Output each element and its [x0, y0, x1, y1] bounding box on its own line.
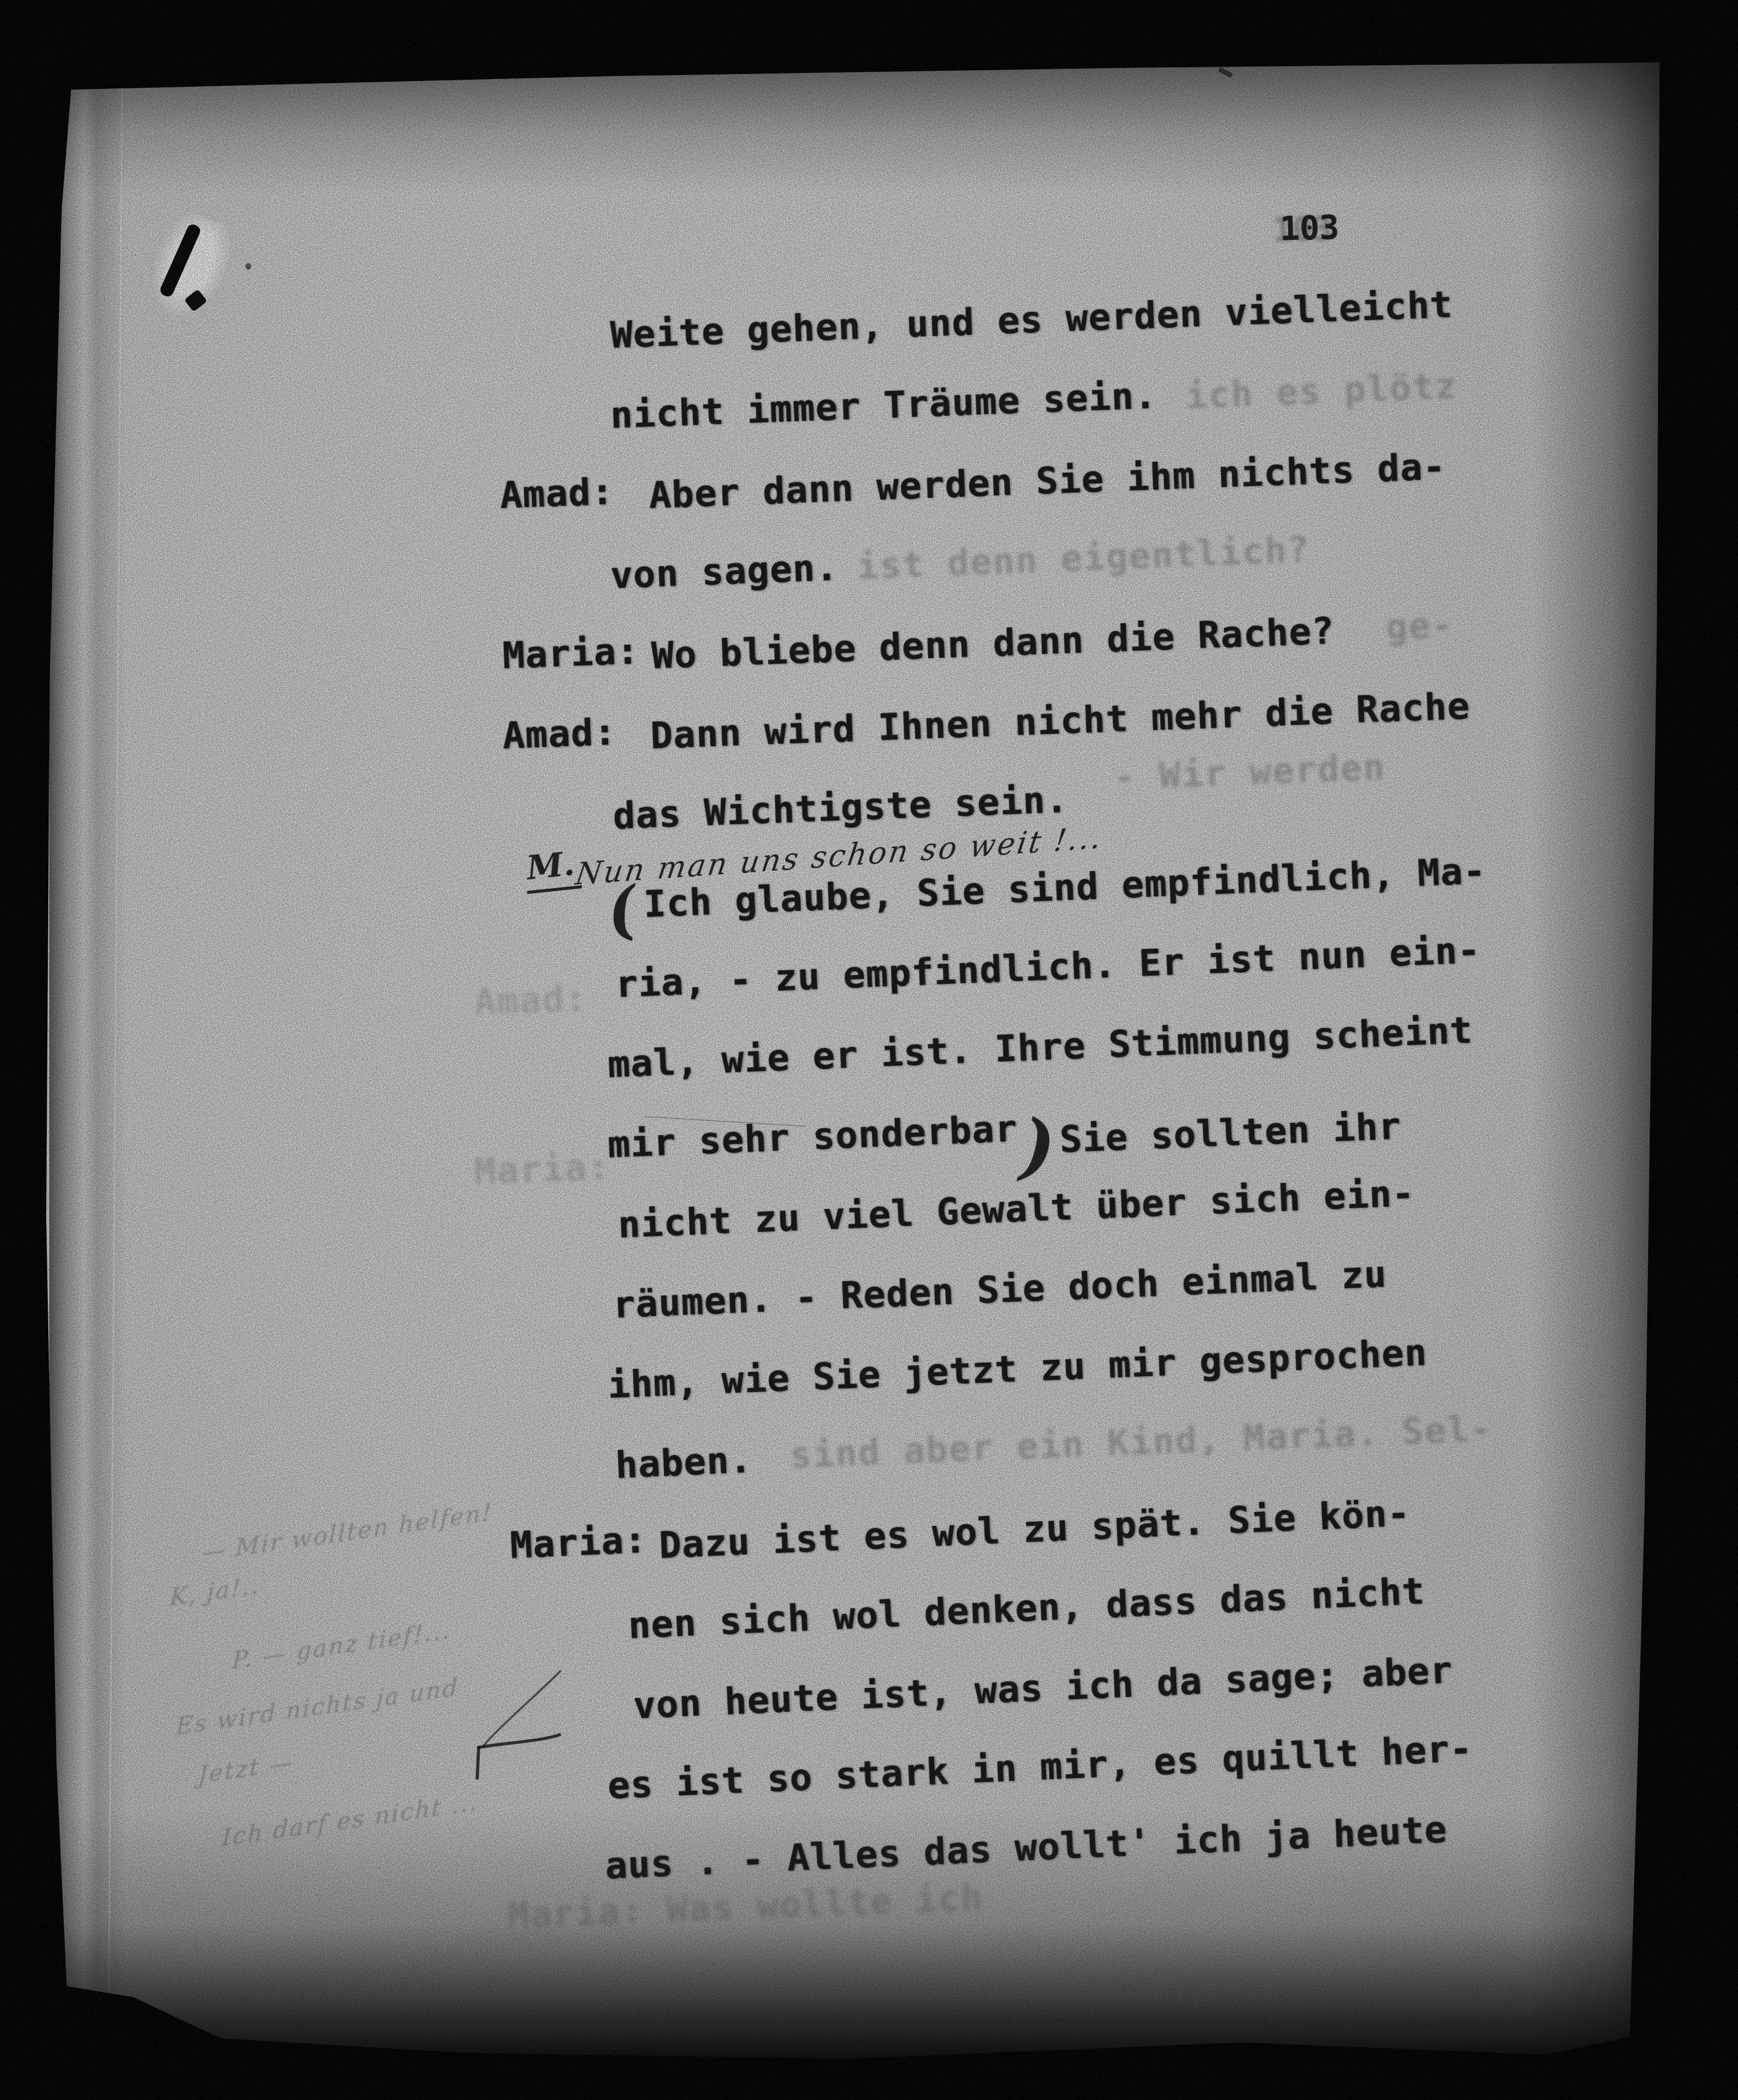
ghost-speaker-label: Amad: [474, 977, 589, 1023]
tear-mark [154, 216, 231, 324]
ghost-speaker-label: Maria: [474, 1146, 611, 1193]
scanned-page: ich es plötz ist denn eigentlich? ge- - … [0, 0, 1738, 2100]
handwritten-close-paren: ) [1019, 1103, 1057, 1189]
typed-line: von sagen. [610, 546, 839, 597]
dust-speck [245, 263, 251, 270]
page-number: 103 [1279, 209, 1339, 248]
typed-line: haben. [614, 1437, 753, 1487]
speaker-label: Amad: [499, 470, 615, 517]
speaker-label: Amad: [502, 710, 617, 757]
handwritten-initial: M. [523, 844, 582, 894]
speaker-label: Maria: [502, 629, 640, 677]
speaker-label: Maria: [509, 1517, 648, 1567]
ghost-text: ge- [1385, 604, 1454, 648]
